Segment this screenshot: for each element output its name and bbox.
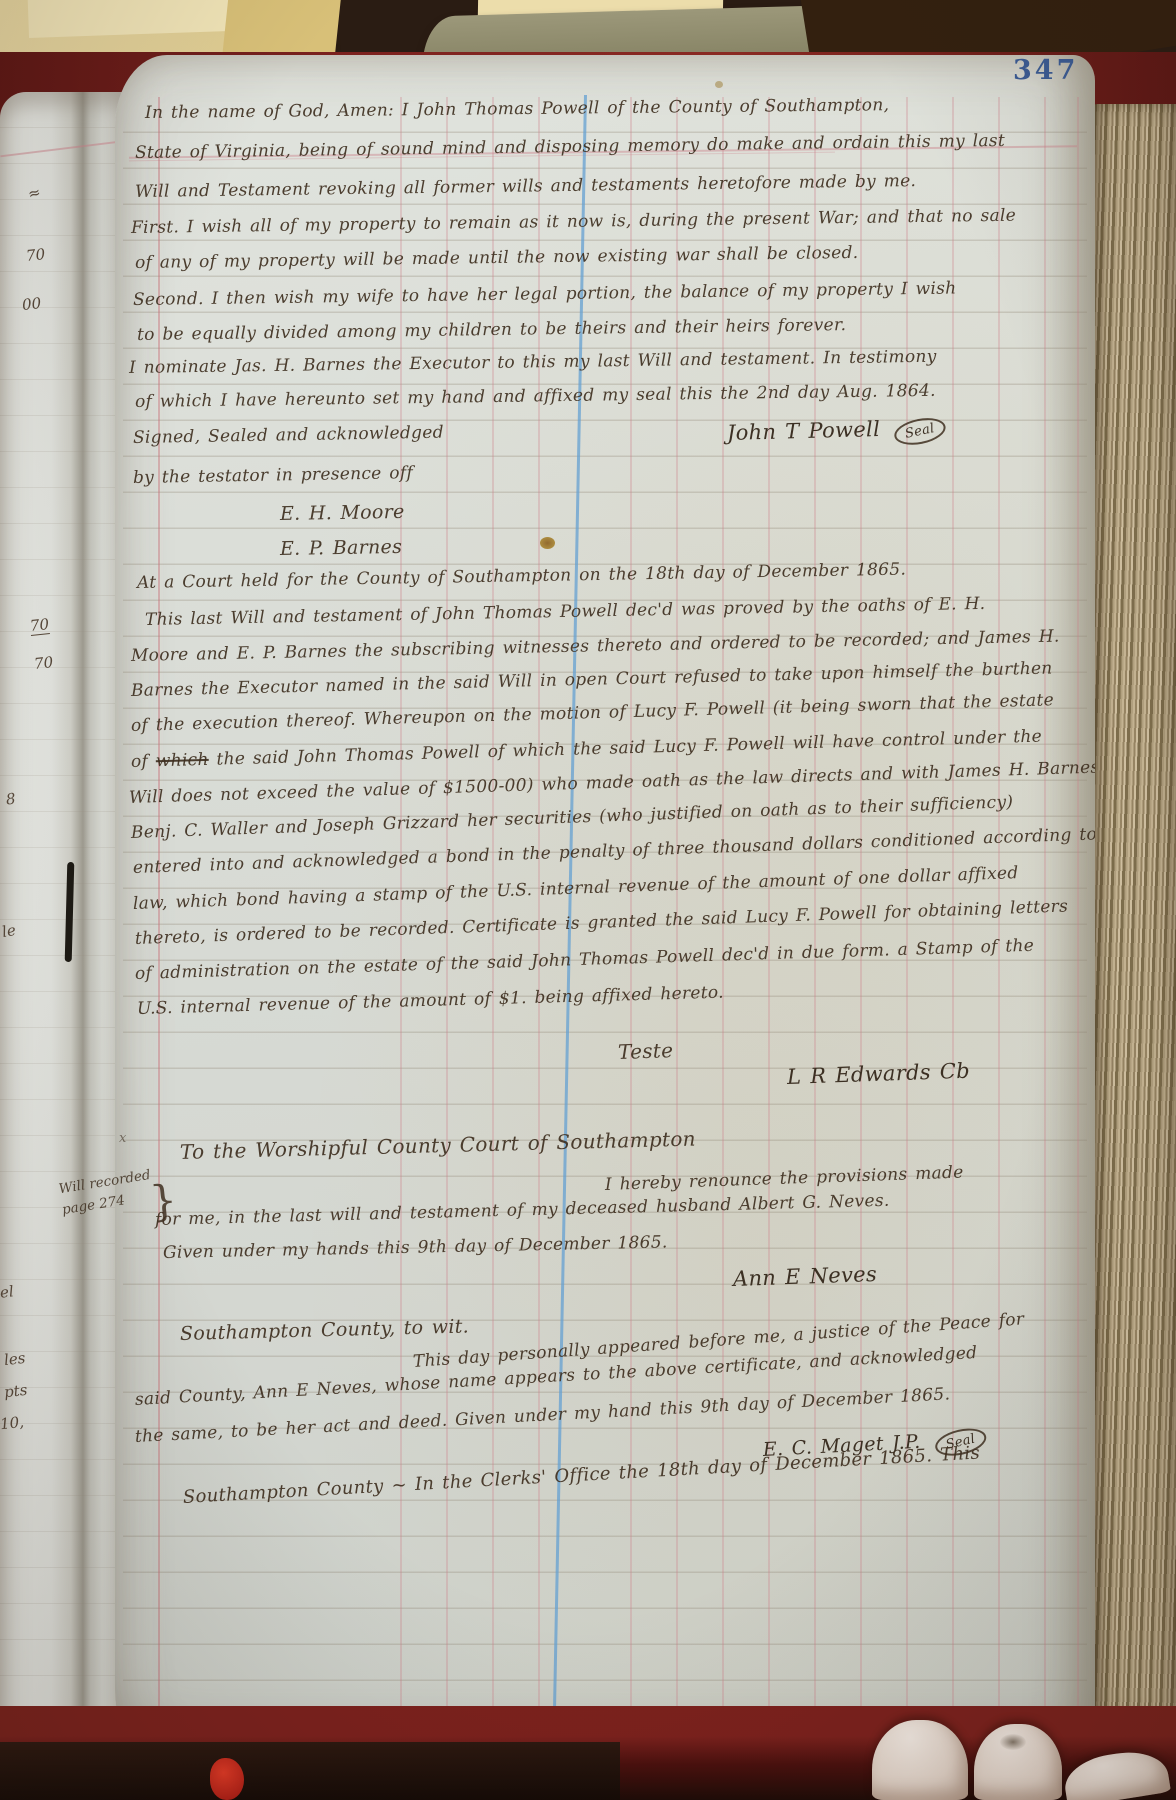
margin-fragment: les: [3, 1349, 26, 1369]
witness-signature: E. H. Moore: [280, 501, 405, 525]
margin-fragment: 10,: [0, 1413, 25, 1433]
page-number: 347: [1013, 55, 1078, 86]
archival-photo-scene: ≈ 70 00 70 70 8 le el les pts 10, Will r…: [0, 0, 1176, 1800]
margin-figure: 70: [29, 615, 50, 636]
margin-x-mark: x: [119, 1131, 126, 1146]
margin-figure: 70: [33, 653, 54, 673]
margin-figure: 8: [5, 790, 16, 809]
margin-figure: 00: [21, 294, 42, 314]
ledger-page: 347 x In the name of God, Amen: I John T…: [115, 55, 1095, 1770]
margin-brace: }: [148, 1175, 180, 1227]
witness-signature: E. P. Barnes: [280, 536, 403, 560]
red-seal-wax: [210, 1758, 244, 1800]
court-line-pre: of: [131, 751, 156, 772]
testator-signature: John T PowellSeal: [727, 415, 947, 449]
gloved-fingertip: [872, 1720, 968, 1800]
margin-fragment: el: [0, 1282, 15, 1301]
renunciation-signature: Ann E Neves: [733, 1262, 878, 1291]
previous-page-edge: [0, 92, 122, 1782]
gloved-fingertip: [974, 1724, 1062, 1800]
margin-fragment: pts: [3, 1381, 28, 1401]
teste-label: Teste: [618, 1038, 674, 1064]
page-fore-edge: [1088, 104, 1176, 1750]
signature-text: John T Powell: [727, 417, 881, 445]
vertical-rule: [1077, 97, 1079, 1732]
glove-smudge: [1000, 1734, 1026, 1750]
struck-word: which: [156, 750, 209, 771]
ink-stain: [540, 537, 555, 549]
margin-figure: 70: [25, 245, 46, 265]
ink-stain: [715, 81, 723, 88]
margin-fragment: le: [1, 921, 18, 941]
table-shadow: [0, 1742, 620, 1800]
